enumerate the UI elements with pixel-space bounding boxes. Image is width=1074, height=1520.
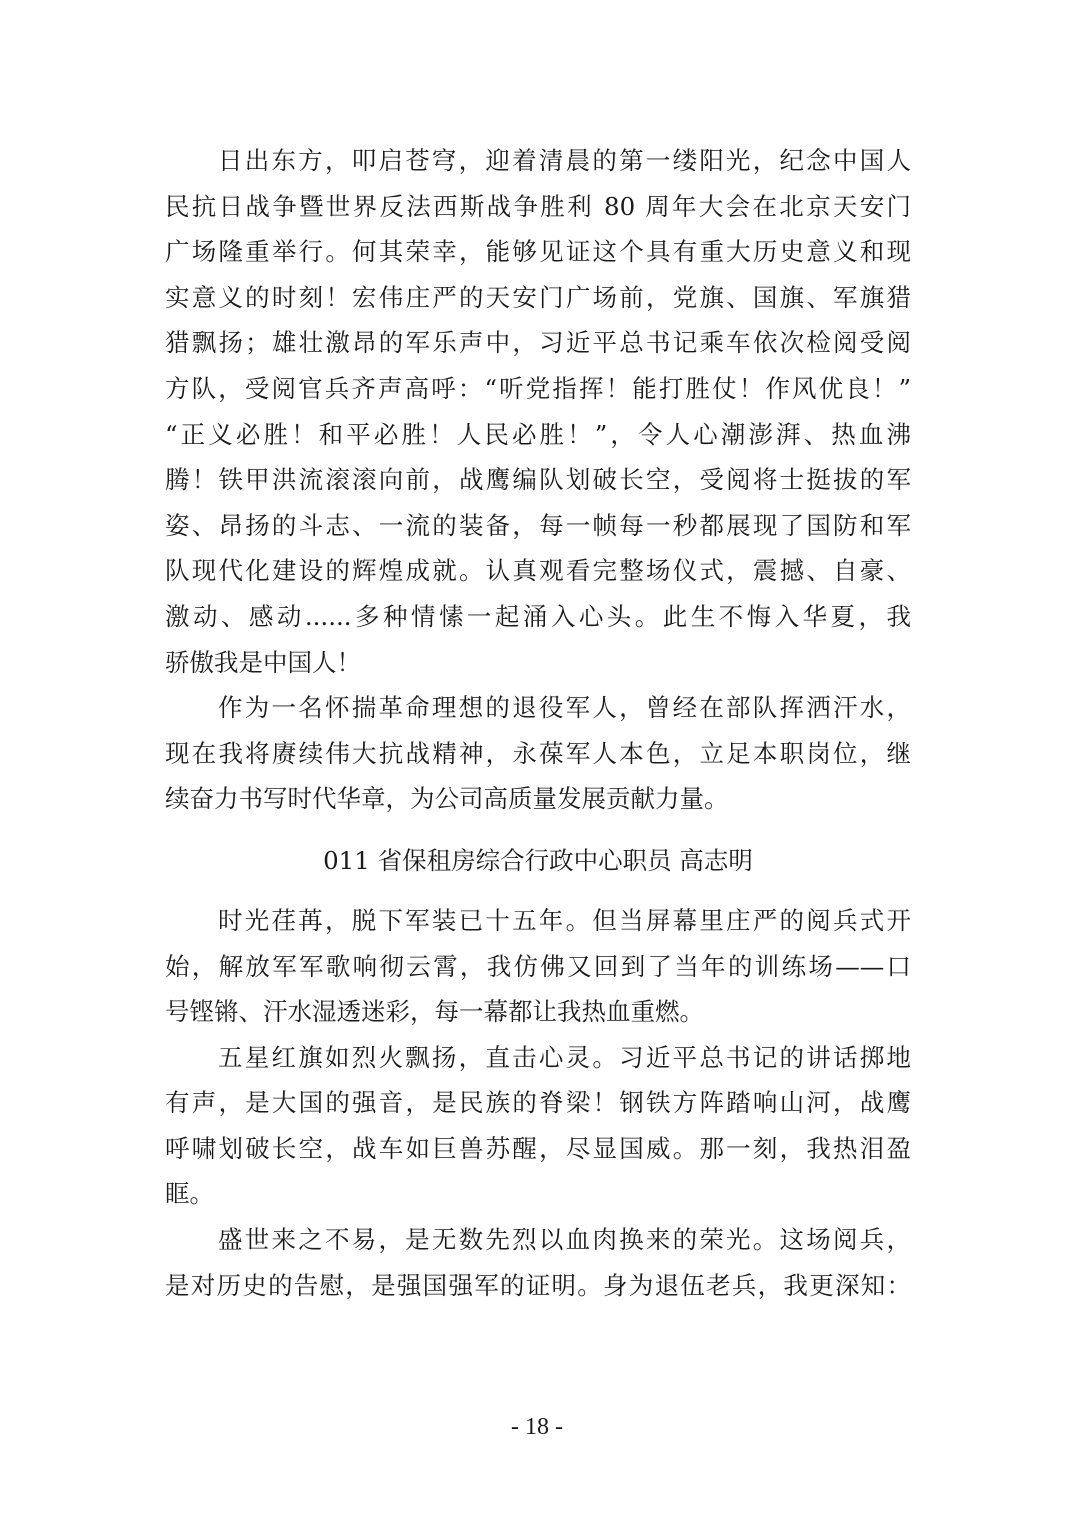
text-line: 激动、感动......多种情愫一起涌入心头。此生不悔入华夏，我 [165,594,911,640]
text-line: 民抗日战争暨世界反法西斯战争胜利 80 周年大会在北京天安门 [165,184,911,230]
text-line: 现在我将赓续伟大抗战精神，永葆军人本色，立足本职岗位，继 [165,731,911,777]
text-line: 续奋力书写时代华章，为公司高质量发展贡献力量。 [165,776,911,822]
text-line: 猎飘扬；雄壮激昂的军乐声中，习近平总书记乘车依次检阅受阅 [165,320,911,366]
section-heading-author: 011 省保租房综合行政中心职员 高志明 [165,832,911,890]
text-line: 五星红旗如烈火飘扬，直击心灵。习近平总书记的讲话掷地 [165,1035,911,1081]
text-line: 眶。 [165,1171,911,1217]
page-body: 日出东方，叩启苍穹，迎着清晨的第一缕阳光，纪念中国人 民抗日战争暨世界反法西斯战… [165,138,911,1308]
paragraph-prosperity: 盛世来之不易，是无数先烈以血肉换来的荣光。这场阅兵， 是对历史的告慰，是强国强军… [165,1217,911,1308]
text-line: 腾！铁甲洪流滚滚向前，战鹰编队划破长空，受阅将士挺拔的军 [165,457,911,503]
text-line: “正义必胜！和平必胜！人民必胜！”，令人心潮澎湃、热血沸 [165,412,911,458]
paragraph-veteran-commitment: 作为一名怀揣革命理想的退役军人，曾经在部队挥洒汗水， 现在我将赓续伟大抗战精神，… [165,685,911,822]
text-line: 实意义的时刻！宏伟庄严的天安门广场前，党旗、国旗、军旗猎 [165,275,911,321]
page-number: - 18 - [0,1412,1074,1442]
text-line: 是对历史的告慰，是强国强军的证明。身为退伍老兵，我更深知： [165,1263,911,1309]
text-line: 骄傲我是中国人！ [165,640,911,686]
document-page: 日出东方，叩启苍穹，迎着清晨的第一缕阳光，纪念中国人 民抗日战争暨世界反法西斯战… [0,0,1074,1520]
text-line: 号铿锵、汗水湿透迷彩，每一幕都让我热血重燃。 [165,989,911,1035]
text-line: 始，解放军军歌响彻云霄，我仿佛又回到了当年的训练场——口 [165,944,911,990]
text-line: 时光荏苒，脱下军装已十五年。但当屏幕里庄严的阅兵式开 [165,898,911,944]
text-line: 方队，受阅官兵齐声高呼：“听党指挥！能打胜仗！作风优良！” [165,366,911,412]
text-line: 作为一名怀揣革命理想的退役军人，曾经在部队挥洒汗水， [165,685,911,731]
paragraph-flag-and-parade: 五星红旗如烈火飘扬，直击心灵。习近平总书记的讲话掷地 有声，是大国的强音，是民族… [165,1035,911,1217]
text-line: 姿、昂扬的斗志、一流的装备，每一帧每一秒都展现了国防和军 [165,503,911,549]
text-line: 有声，是大国的强音，是民族的脊梁！钢铁方阵踏响山河，战鹰 [165,1080,911,1126]
paragraph-memories: 时光荏苒，脱下军装已十五年。但当屏幕里庄严的阅兵式开 始，解放军军歌响彻云霄，我… [165,898,911,1035]
text-line: 广场隆重举行。何其荣幸，能够见证这个具有重大历史意义和现 [165,229,911,275]
text-line: 呼啸划破长空，战车如巨兽苏醒，尽显国威。那一刻，我热泪盈 [165,1126,911,1172]
text-line: 日出东方，叩启苍穹，迎着清晨的第一缕阳光，纪念中国人 [165,138,911,184]
text-line: 队现代化建设的辉煌成就。认真观看完整场仪式，震撼、自豪、 [165,548,911,594]
text-line: 盛世来之不易，是无数先烈以血肉换来的荣光。这场阅兵， [165,1217,911,1263]
paragraph-ceremony-reflection: 日出东方，叩启苍穹，迎着清晨的第一缕阳光，纪念中国人 民抗日战争暨世界反法西斯战… [165,138,911,685]
